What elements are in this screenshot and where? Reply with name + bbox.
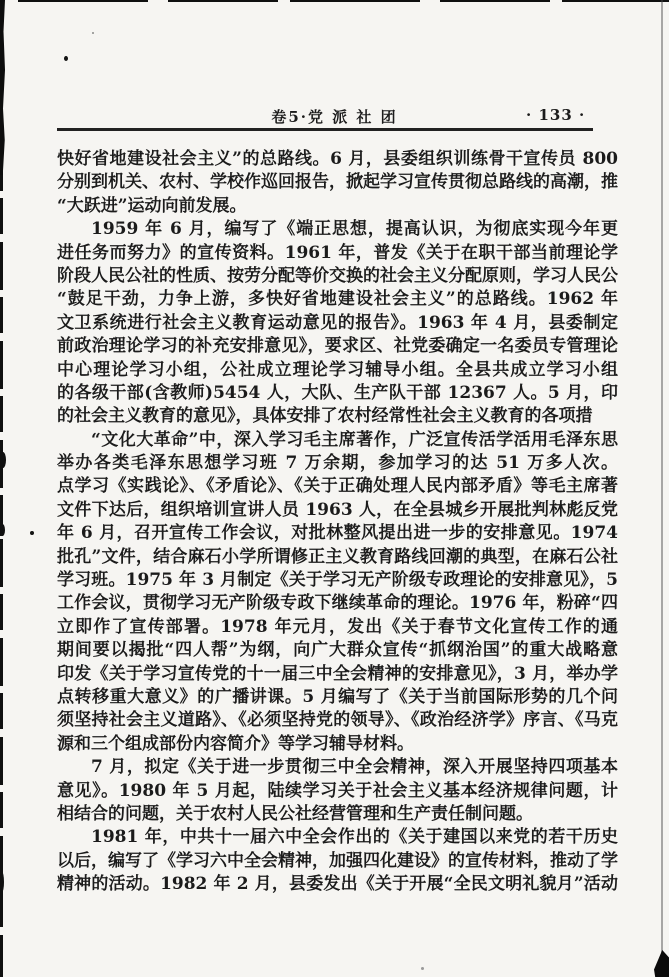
scan-ink-blob	[0, 872, 4, 892]
text-line: 快好省地建设社会主义”的总路线。6 月，县委组织训练骨干宣传员 800 名、报告…	[57, 148, 618, 171]
text-line: 点学习《实践论》、《矛盾论》、《关于正确处理人民内部矛盾》等毛主席著作。中央(7…	[57, 475, 618, 498]
ink-speck	[92, 32, 94, 34]
ink-speck	[30, 531, 34, 535]
text-line: 相结合的问题，关于农村人民公社经营管理和生产责任制问题。	[57, 803, 618, 826]
text-line: 学习班。1975 年 3 月制定《关于学习无产阶级专政理论的安排意见》，5 月 …	[57, 569, 618, 592]
scan-edge-left-top	[0, 0, 5, 175]
ink-speck	[143, 466, 146, 469]
text-line: 以后，编写了《学习六中全会精神，加强四化建设》的宣传材料，推动了学习、宣传六中全…	[57, 850, 618, 873]
text-line: 意见》。1980 年 5 月起，陆续学习关于社会主义基本经济规律问题，计划经济和…	[57, 780, 618, 803]
ink-speck	[64, 56, 68, 61]
scan-ink-blob	[0, 524, 5, 536]
scan-edge-right-line	[661, 0, 663, 977]
header-rule	[57, 128, 593, 131]
text-line: 工作会议，贯彻学习无产阶级专政下继续革命的理论。1976 年，粉碎“四人帮”以后…	[57, 592, 618, 615]
text-line: 印发《关于学习宣传党的十一届三中全会精神的安排意见》，3 月，举办学习《全党工作…	[57, 663, 618, 686]
scan-edge-top	[18, 0, 669, 2]
text-line: 举办各类毛泽东思想学习班 7 万余期，参加学习的达 51 万多人次。1972 年…	[57, 452, 618, 475]
text-line: 精神的活动。1982 年 2 月，县委发出《关于开展“全民文明礼貌月”活动的通知…	[57, 873, 618, 896]
text-line: 期间要以揭批“四人帮”为纲，向广大群众宣传“抓纲治国”的重大战略意义。1979 …	[57, 639, 618, 662]
body-text: 快好省地建设社会主义”的总路线。6 月，县委组织训练骨干宣传员 800 名、报告…	[57, 148, 618, 897]
text-line: 源和三个组成部份内容简介》等学习辅导材料。	[57, 733, 618, 756]
text-line: 进任务而努力》的宣传资料。1961 年，普发《关于在职干部当前理论学习的意见》，…	[57, 242, 618, 265]
scan-corner-mark	[654, 950, 669, 977]
text-line: 1959 年 6 月，编写了《端正思想，提高认识，为彻底实现今年更大、更好、更全…	[57, 218, 618, 241]
text-line: 文件下达后，组织培训宣讲人员 1963 人，在全县城乡开展批判林彪反党集团的宣传…	[57, 499, 618, 522]
text-line: 中心理论学习小组，公社成立理论学习辅导小组。全县共成立学习小组 471 个，参加…	[57, 359, 618, 382]
text-line: 7 月，拟定《关于进一步贯彻三中全会精神，深入开展坚持四项基本原则宣传教育的	[57, 756, 618, 779]
text-line: 的社会主义教育的意见》，具体安排了农村经常性社会主义教育的各项措施。	[57, 405, 618, 428]
scanned-book-page: 卷5·党 派 社 团 · 133 · 快好省地建设社会主义”的总路线。6 月，县…	[0, 0, 669, 977]
scan-ink-blob	[0, 452, 6, 468]
page-number: · 133 ·	[526, 106, 585, 124]
text-line: 立即作了宣传部署。1978 年元月，发出《关于春节文化宣传工作的通知》，要求各地…	[57, 616, 618, 639]
text-line: 点转移重大意义》的广播讲课。5 月编写了《关于当前国际形势的几个问题》，还编写了…	[57, 686, 618, 709]
text-line: 前政治理论学习的补充安排意见》，要求区、社党委确定一名委员专管理论学习，区级成立	[57, 335, 618, 358]
text-line: “文化大革命”中，深入学习毛主席著作，广泛宣传活学活用毛泽东思想的重大意义。	[57, 429, 618, 452]
text-line: “大跃进”运动向前发展。	[57, 195, 618, 218]
text-line: 文卫系统进行社会主义教育运动意见的报告》。1963 年 4 月，县委制定《关于在…	[57, 312, 618, 335]
text-line: 批孔”文件，结合麻石小学所谓修正主义教育路线回潮的典型，在麻石公社开办批林批孔	[57, 546, 618, 569]
text-line: “鼓足干劲，力争上游，多快好省地建设社会主义”的总路线。1962 年 12 月，…	[57, 288, 618, 311]
text-line: 阶段人民公社的性质、按劳分配等价交换的社会主义分配原则，学习人民公社《六十条》和	[57, 265, 618, 288]
text-line: 年 6 月，召开宣传工作会议，对批林整风提出进一步的安排意见。1974 年，学习…	[57, 522, 618, 545]
text-line: 1981 年，中共十一届六中全会作出的《关于建国以来党的若干历史问题的决议》发表	[57, 826, 618, 849]
text-line: 须坚持社会主义道路》、《必须坚持党的领导》、《政治经济学》序言、《马克思主义的三…	[57, 709, 618, 732]
text-line: 分别到机关、农村、学校作巡回报告，掀起学习宣传贯彻总路线的高潮，推动“人民公社”…	[57, 171, 618, 194]
ink-speck	[421, 967, 424, 970]
text-line: 的各级干部(含教师)5454 人，大队、生产队干部 12367 人。5 月，印发…	[57, 382, 618, 405]
